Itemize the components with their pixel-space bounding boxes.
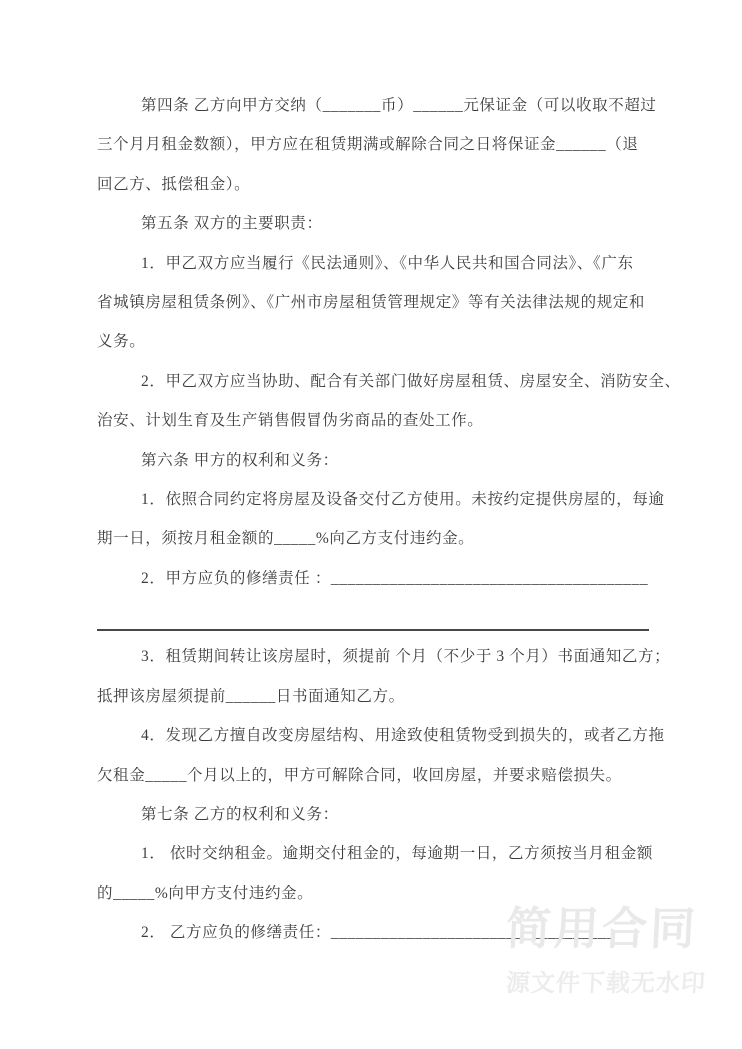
contract-line: 2． 乙方应负的修缮责任：___________________________… bbox=[97, 913, 649, 952]
contract-line: 的_____%向甲方支付违约金。 bbox=[97, 874, 649, 913]
article-6-heading-line: 第六条 甲方的权利和义务： bbox=[97, 441, 649, 480]
contract-line: 义务。 bbox=[97, 322, 649, 361]
article-7-heading-line: 第七条 乙方的权利和义务： bbox=[97, 795, 649, 834]
contract-line: 欠租金_____个月以上的，甲方可解除合同，收回房屋，并要求赔偿损失。 bbox=[97, 756, 649, 795]
contract-body: 第四条 乙方向甲方交纳（_______币）______元保证金（可以收取不超过 … bbox=[97, 86, 649, 953]
contract-line: 2．甲乙双方应当协助、配合有关部门做好房屋租赁、房屋安全、消防安全、 bbox=[97, 362, 649, 401]
contract-document-page: 第四条 乙方向甲方交纳（_______币）______元保证金（可以收取不超过 … bbox=[0, 0, 742, 1049]
contract-line: 1． 依时交纳租金。逾期交付租金的，每逾期一日，乙方须按当月租金额 bbox=[97, 834, 649, 873]
blank-fill-line bbox=[97, 598, 649, 637]
contract-line: 1．依照合同约定将房屋及设备交付乙方使用。未按约定提供房屋的，每逾 bbox=[97, 480, 649, 519]
contract-line: 治安、计划生育及生产销售假冒伪劣商品的查处工作。 bbox=[97, 401, 649, 440]
contract-line: 1．甲乙双方应当履行《民法通则》、《中华人民共和国合同法》、《广东 bbox=[97, 244, 649, 283]
contract-line: 抵押该房屋须提前______日书面通知乙方。 bbox=[97, 677, 649, 716]
article-4-heading-line: 第四条 乙方向甲方交纳（_______币）______元保证金（可以收取不超过 bbox=[97, 86, 649, 125]
contract-line: 省城镇房屋租赁条例》、《广州市房屋租赁管理规定》等有关法律法规的规定和 bbox=[97, 283, 649, 322]
contract-line: 4．发现乙方擅自改变房屋结构、用途致使租赁物受到损失的，或者乙方拖 bbox=[97, 716, 649, 755]
blank-underline bbox=[97, 603, 649, 631]
contract-line: 3．租赁期间转让该房屋时，须提前 个月（不少于 3 个月）书面通知乙方； bbox=[97, 637, 649, 676]
contract-line: 2．甲方应负的修缮责任 ：___________________________… bbox=[97, 559, 649, 598]
article-5-heading-line: 第五条 双方的主要职责： bbox=[97, 204, 649, 243]
watermark-tagline-text: 源文件下载无水印 bbox=[505, 963, 707, 998]
contract-line: 期一日，须按月租金额的_____%向乙方支付违约金。 bbox=[97, 519, 649, 558]
contract-line: 回乙方、抵偿租金）。 bbox=[97, 165, 649, 204]
contract-line: 三个月月租金数额），甲方应在租赁期满或解除合同之日将保证金______（退 bbox=[97, 125, 649, 164]
